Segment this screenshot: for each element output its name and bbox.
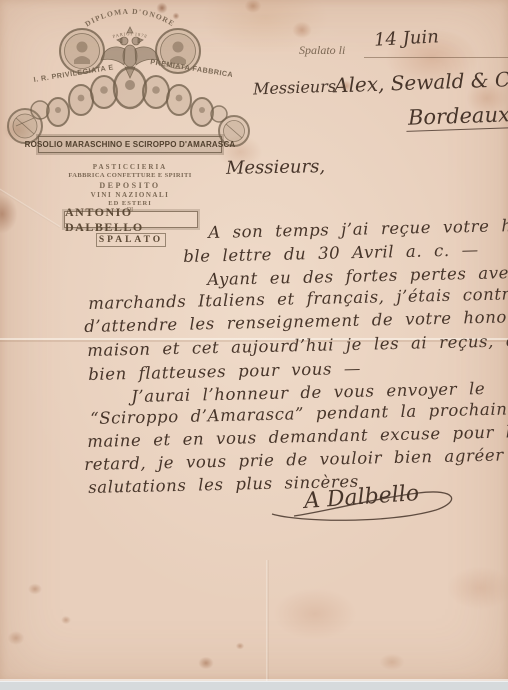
recipient-name: Alex, Sewald & C°. <box>334 67 508 98</box>
body-line: maison et cet aujourd’hui je les ai reçu… <box>87 331 508 360</box>
paper-bottom-edge <box>0 679 508 682</box>
letterhead-line-pasticcieria: PASTICCIERIA <box>30 163 230 171</box>
arc-title: DIPLOMA D'ONORE <box>83 7 176 29</box>
proprietor-name-box: ANTONIO DALBELLO <box>64 211 198 228</box>
letter-paper: DIPLOMA D'ONORE PARIGI 1878 <box>0 0 508 681</box>
letterhead-line-vini: VINI NAZIONALI <box>30 191 230 199</box>
scanned-letter: DIPLOMA D'ONORE PARIGI 1878 <box>0 0 508 690</box>
vertical-fold-crease <box>266 560 269 681</box>
letter-salutation: Messieurs, <box>226 156 325 179</box>
city-name-box: SPALATO <box>96 233 166 247</box>
recipient-salutation: Messieurs <box>253 77 337 99</box>
signature-block: A Dalbello <box>268 480 478 535</box>
dateline-rule <box>364 57 508 58</box>
recipient-city: Bordeaux <box>406 102 508 132</box>
body-line: bien flatteuses pour vous — <box>88 359 361 384</box>
dateline-handwritten-date: 14 Juin <box>373 26 439 50</box>
letterhead-line-fabbrica: FABBRICA CONFETTURE E SPIRITI <box>30 172 230 179</box>
letterhead-line-deposito: DEPOSITO <box>30 181 230 190</box>
dateline-printed-place: Spalato li <box>299 43 345 58</box>
banner-plaque: ROSOLIO MARASCHINO E SCIROPPO D'AMARASCA <box>38 136 222 153</box>
